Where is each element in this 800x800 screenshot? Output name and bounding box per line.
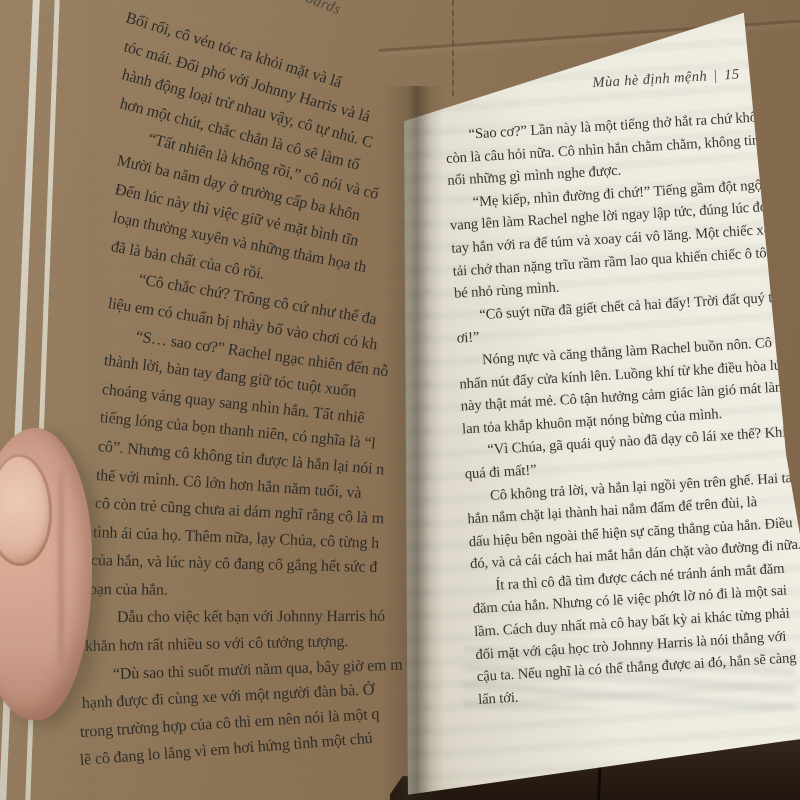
photo-of-open-book: Mùa hè định mệnh|15 “Sao cơ?” Lần này là… xyxy=(0,0,800,800)
running-header: Mùa hè định mệnh|15 xyxy=(442,63,792,101)
right-page-lines: “Sao cơ?” Lần này là một tiếng thở hắt r… xyxy=(444,104,800,711)
thumb-shading xyxy=(58,468,64,668)
left-book-page: Robards Bối rối, cô vén tóc ra khỏi mặt … xyxy=(36,0,432,800)
thumb-nail xyxy=(0,454,52,566)
header-separator: | xyxy=(707,67,725,85)
right-page-text-block: Mùa hè định mệnh|15 “Sao cơ?” Lần này là… xyxy=(399,0,800,714)
cardboard-crease xyxy=(452,0,454,98)
left-page-lines: Bối rối, cô vén tóc ra khỏi mặt và lấtóc… xyxy=(36,4,432,776)
page-number: 15 xyxy=(724,66,740,83)
book-title: Mùa hè định mệnh xyxy=(592,68,707,91)
right-book-page: Mùa hè định mệnh|15 “Sao cơ?” Lần này là… xyxy=(404,0,800,798)
